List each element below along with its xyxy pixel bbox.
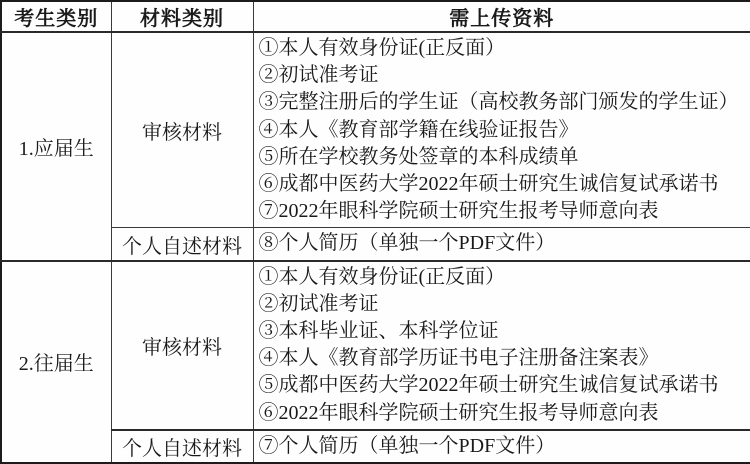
upload-item: ⑥成都中医药大学2022年硕士研究生诚信复试承诺书 bbox=[259, 171, 747, 198]
header-material-category: 材料类别 bbox=[111, 1, 253, 32]
upload-item: ③完整注册后的学生证（高校教务部门颁发的学生证） bbox=[259, 89, 747, 116]
material-type-personal-statement-2: 个人自述材料 bbox=[111, 430, 253, 463]
upload-item: ⑥2022年眼科学院硕士研究生报考导师意向表 bbox=[259, 400, 747, 427]
upload-item: ②初试准考证 bbox=[259, 62, 747, 89]
upload-item: ④本人《教育部学籍在线验证报告》 bbox=[259, 117, 747, 144]
upload-item: ③本科毕业证、本科学位证 bbox=[259, 318, 747, 345]
upload-item: ⑤成都中医药大学2022年硕士研究生诚信复试承诺书 bbox=[259, 372, 747, 399]
material-type-review-2: 审核材料 bbox=[111, 261, 253, 430]
header-candidate-category: 考生类别 bbox=[1, 1, 111, 32]
candidate-category-fresh-graduate: 1.应届生 bbox=[1, 32, 111, 261]
material-type-review-1: 审核材料 bbox=[111, 32, 253, 228]
material-type-personal-statement-1: 个人自述材料 bbox=[111, 228, 253, 261]
upload-item: ①本人有效身份证(正反面） bbox=[259, 264, 747, 291]
upload-materials-table: 考生类别 材料类别 需上传资料 1.应届生 审核材料 ①本人有效身份证(正反面）… bbox=[0, 0, 750, 464]
upload-item: ⑦个人简历（单独一个PDF文件） bbox=[259, 433, 747, 460]
upload-item: ②初试准考证 bbox=[259, 291, 747, 318]
upload-item: ⑤所在学校教务处签章的本科成绩单 bbox=[259, 144, 747, 171]
upload-items-review-1: ①本人有效身份证(正反面） ②初试准考证 ③完整注册后的学生证（高校教务部门颁发… bbox=[253, 32, 750, 228]
upload-items-personal-statement-2: ⑦个人简历（单独一个PDF文件） bbox=[253, 430, 750, 463]
upload-items-personal-statement-1: ⑧个人简历（单独一个PDF文件） bbox=[253, 228, 750, 261]
upload-item: ④本人《教育部学历证书电子注册备注案表》 bbox=[259, 345, 747, 372]
upload-items-review-2: ①本人有效身份证(正反面） ②初试准考证 ③本科毕业证、本科学位证 ④本人《教育… bbox=[253, 261, 750, 430]
table-row: 个人自述材料 ⑦个人简历（单独一个PDF文件） bbox=[1, 430, 750, 463]
candidate-category-previous-graduate: 2.往届生 bbox=[1, 261, 111, 463]
upload-item: ⑧个人简历（单独一个PDF文件） bbox=[259, 230, 747, 257]
upload-item: ⑦2022年眼科学院硕士研究生报考导师意向表 bbox=[259, 198, 747, 225]
table-header-row: 考生类别 材料类别 需上传资料 bbox=[1, 1, 750, 32]
table-row: 个人自述材料 ⑧个人简历（单独一个PDF文件） bbox=[1, 228, 750, 261]
table-row: 1.应届生 审核材料 ①本人有效身份证(正反面） ②初试准考证 ③完整注册后的学… bbox=[1, 32, 750, 228]
header-upload-required: 需上传资料 bbox=[253, 1, 750, 32]
upload-item: ①本人有效身份证(正反面） bbox=[259, 35, 747, 62]
table-row: 2.往届生 审核材料 ①本人有效身份证(正反面） ②初试准考证 ③本科毕业证、本… bbox=[1, 261, 750, 430]
